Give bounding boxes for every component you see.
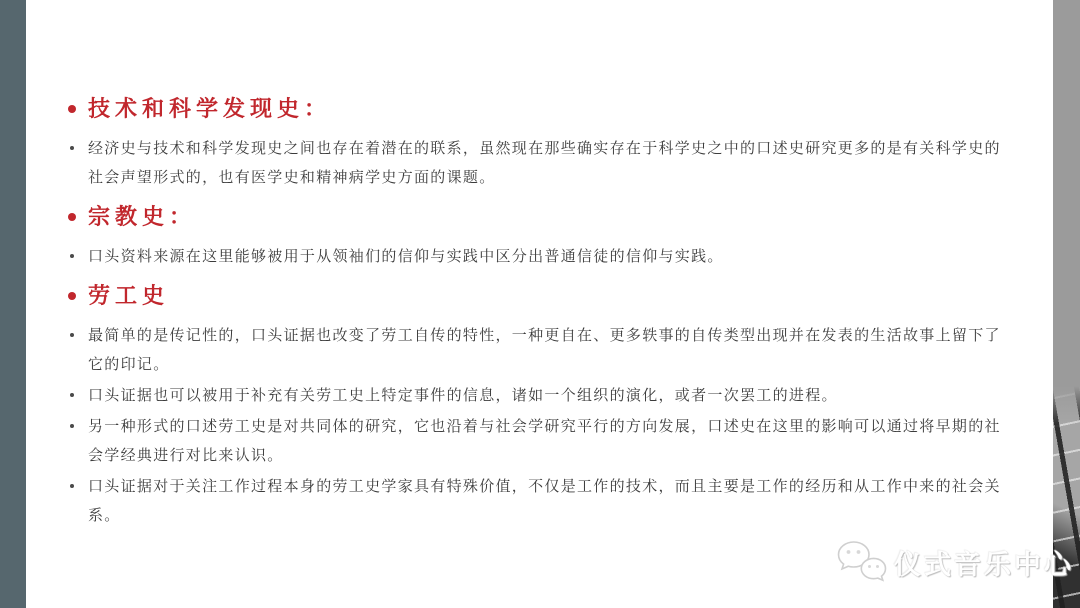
watermark-logo: 仪式音乐中心 <box>836 538 1074 586</box>
bullet-text: 经济史与技术和科学发现史之间也存在着潜在的联系，虽然现在那些确实存在于科学史之中… <box>88 134 1004 192</box>
item-bullet-icon <box>70 484 74 488</box>
item-bullet-icon <box>70 424 74 428</box>
bullet-text: 另一种形式的口述劳工史是对共同体的研究，它也沿着与社会学研究平行的方向发展，口述… <box>88 412 1004 470</box>
item-bullet-icon <box>70 333 74 337</box>
section-title: 劳工史 <box>88 281 169 311</box>
bullet-item: 口头资料来源在这里能够被用于从领袖们的信仰与实践中区分出普通信徒的信仰与实践。 <box>68 242 1018 271</box>
bullet-text: 口头证据也可以被用于补充有关劳工史上特定事件的信息，诸如一个组织的演化，或者一次… <box>88 381 1004 410</box>
heading-bullet-icon <box>68 292 76 300</box>
item-bullet-icon <box>70 393 74 397</box>
item-bullet-icon <box>70 254 74 258</box>
heading-bullet-icon <box>68 105 76 113</box>
slide-page: 技术和科学发现史： 经济史与技术和科学发现史之间也存在着潜在的联系，虽然现在那些… <box>0 0 1080 608</box>
section-title: 宗教史： <box>88 202 196 232</box>
item-bullet-icon <box>70 146 74 150</box>
bullet-item: 口头证据对于关注工作过程本身的劳工史学家具有特殊价值，不仅是工作的技术，而且主要… <box>68 472 1018 530</box>
section-title: 技术和科学发现史： <box>88 94 331 124</box>
bullet-item: 口头证据也可以被用于补充有关劳工史上特定事件的信息，诸如一个组织的演化，或者一次… <box>68 381 1018 410</box>
bullet-text: 最简单的是传记性的，口头证据也改变了劳工自传的特性，一种更自在、更多轶事的自传类… <box>88 321 1004 379</box>
slide-content: 技术和科学发现史： 经济史与技术和科学发现史之间也存在着潜在的联系，虽然现在那些… <box>68 94 1018 532</box>
bullet-item: 最简单的是传记性的，口头证据也改变了劳工自传的特性，一种更自在、更多轶事的自传类… <box>68 321 1018 379</box>
wechat-icon <box>836 538 888 586</box>
bullet-text: 口头资料来源在这里能够被用于从领袖们的信仰与实践中区分出普通信徒的信仰与实践。 <box>88 242 1004 271</box>
section-heading: 宗教史： <box>68 202 1018 232</box>
heading-bullet-icon <box>68 213 76 221</box>
section-heading: 技术和科学发现史： <box>68 94 1018 124</box>
bullet-item: 另一种形式的口述劳工史是对共同体的研究，它也沿着与社会学研究平行的方向发展，口述… <box>68 412 1018 470</box>
bullet-text: 口头证据对于关注工作过程本身的劳工史学家具有特殊价值，不仅是工作的技术，而且主要… <box>88 472 1004 530</box>
section-religion-history: 宗教史： 口头资料来源在这里能够被用于从领袖们的信仰与实践中区分出普通信徒的信仰… <box>68 202 1018 271</box>
section-tech-science-history: 技术和科学发现史： 经济史与技术和科学发现史之间也存在着潜在的联系，虽然现在那些… <box>68 94 1018 192</box>
watermark-text: 仪式音乐中心 <box>894 543 1074 582</box>
section-heading: 劳工史 <box>68 281 1018 311</box>
bullet-item: 经济史与技术和科学发现史之间也存在着潜在的联系，虽然现在那些确实存在于科学史之中… <box>68 134 1018 192</box>
left-border-strip <box>0 0 26 608</box>
section-labor-history: 劳工史 最简单的是传记性的，口头证据也改变了劳工自传的特性，一种更自在、更多轶事… <box>68 281 1018 530</box>
